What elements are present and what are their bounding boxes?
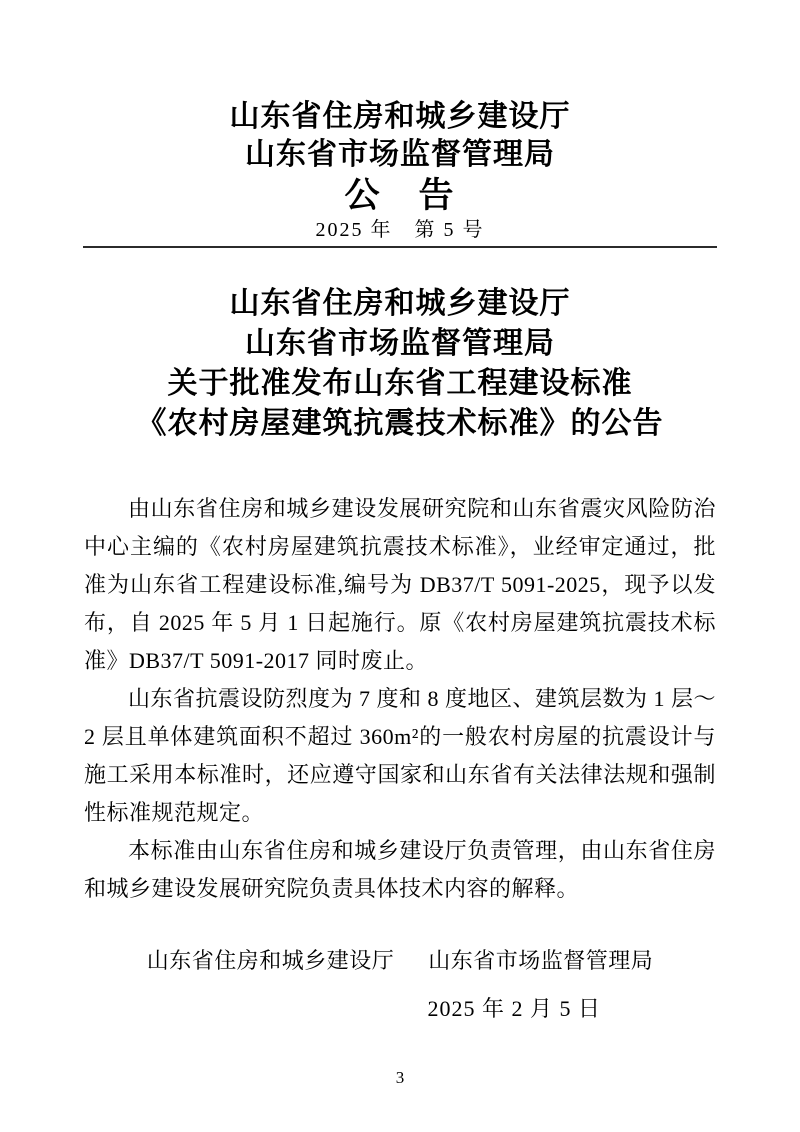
- signature-org-2: 山东省市场监督管理局: [428, 942, 653, 980]
- announcement-header: 山东省住房和城乡建设厅 山东省市场监督管理局 公 告 2025 年 第 5 号: [0, 0, 800, 240]
- announcement-title: 山东省住房和城乡建设厅 山东省市场监督管理局 关于批准发布山东省工程建设标准 《…: [0, 284, 800, 444]
- issue-number: 2025 年 第 5 号: [0, 220, 800, 240]
- title-line-2: 山东省市场监督管理局: [0, 324, 800, 364]
- document-page: 山东省住房和城乡建设厅 山东省市场监督管理局 公 告 2025 年 第 5 号 …: [0, 0, 800, 1132]
- header-agency-2: 山东省市场监督管理局: [0, 136, 800, 174]
- header-agency-1: 山东省住房和城乡建设厅: [0, 98, 800, 136]
- signature-org-1: 山东省住房和城乡建设厅: [147, 942, 395, 980]
- signature-date: 2025 年 2 月 5 日: [0, 990, 800, 1028]
- body-paragraph-2: 山东省抗震设防烈度为 7 度和 8 度地区、建筑层数为 1 层～2 层且单体建筑…: [84, 680, 716, 832]
- page-number: 3: [0, 1068, 800, 1088]
- doc-type-label: 公 告: [0, 174, 800, 218]
- title-line-4: 《农村房屋建筑抗震技术标准》的公告: [0, 404, 800, 444]
- body-paragraph-3: 本标准由山东省住房和城乡建设厅负责管理，由山东省住房和城乡建设发展研究院负责具体…: [84, 832, 716, 908]
- signature-organizations: 山东省住房和城乡建设厅 山东省市场监督管理局: [0, 942, 800, 980]
- title-line-1: 山东省住房和城乡建设厅: [0, 284, 800, 324]
- announcement-body: 由山东省住房和城乡建设发展研究院和山东省震灾风险防治中心主编的《农村房屋建筑抗震…: [84, 490, 716, 908]
- title-line-3: 关于批准发布山东省工程建设标准: [0, 364, 800, 404]
- header-divider-rule: [83, 246, 717, 248]
- body-paragraph-1: 由山东省住房和城乡建设发展研究院和山东省震灾风险防治中心主编的《农村房屋建筑抗震…: [84, 490, 716, 680]
